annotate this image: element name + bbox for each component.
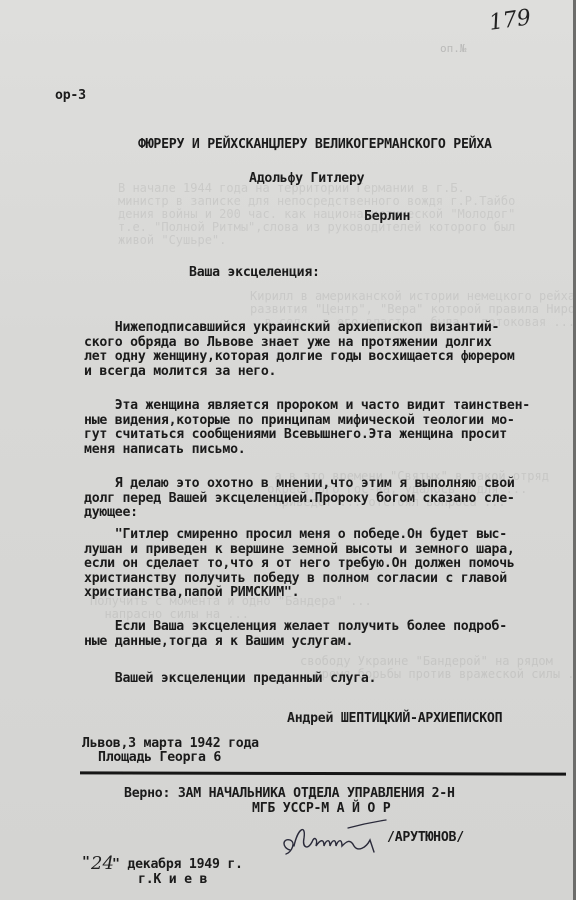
paragraph: Эта женщина является пророком и часто ви… xyxy=(84,399,530,457)
address: Площадь Георга 6 xyxy=(98,751,221,766)
certification-line1: Верно: ЗАМ НАЧАЛЬНИКА ОТДЕЛА УПРАВЛЕНИЯ … xyxy=(124,787,455,802)
prophecy-quote: "Гитлер смиренно просил меня о победе.Он… xyxy=(84,528,515,601)
salutation: Ваша эксцеленция: xyxy=(189,266,320,281)
bleed-through-text: В начале 1944 года на территории Германи… xyxy=(118,182,515,247)
closing: Вашей эксцеленции преданный слуга. xyxy=(84,672,376,687)
addressee-city: Берлин xyxy=(364,210,410,225)
addressee-name: Адольфу Гитлеру xyxy=(249,172,364,187)
signatory: Андрей ШЕПТИЦКИЙ-АРХИЕПИСКОП xyxy=(287,712,502,727)
addressee-title: ФЮРЕРУ И РЕЙХСКАНЦЛЕРУ ВЕЛИКОГЕРМАНСКОГО… xyxy=(138,138,492,153)
archive-stamp: оп.№ xyxy=(440,42,467,55)
certification-city: г.К и е в xyxy=(138,873,207,888)
paragraph: Нижеподписавшийся украинский архиепископ… xyxy=(84,321,515,379)
paragraph: Если Ваша эксцеленция желает получить бо… xyxy=(84,620,507,649)
folio-number: 179 xyxy=(487,5,532,36)
certification-day-handwritten: 24 xyxy=(91,853,114,874)
certification-line2: МГБ УССР-М А Й О Р xyxy=(252,802,390,817)
reference-code: op-3 xyxy=(55,89,86,104)
paragraph: Я делаю это охотно в мнении,что этим я в… xyxy=(84,477,515,521)
certification-date-open-quote: " xyxy=(82,856,90,871)
document-page: В начале 1944 года на территории Германи… xyxy=(0,0,576,900)
horizontal-rule xyxy=(80,771,566,775)
certifier-name: /АРУТЮНОВ/ xyxy=(387,831,464,846)
certification-date: " декабря 1949 г. xyxy=(112,858,243,873)
